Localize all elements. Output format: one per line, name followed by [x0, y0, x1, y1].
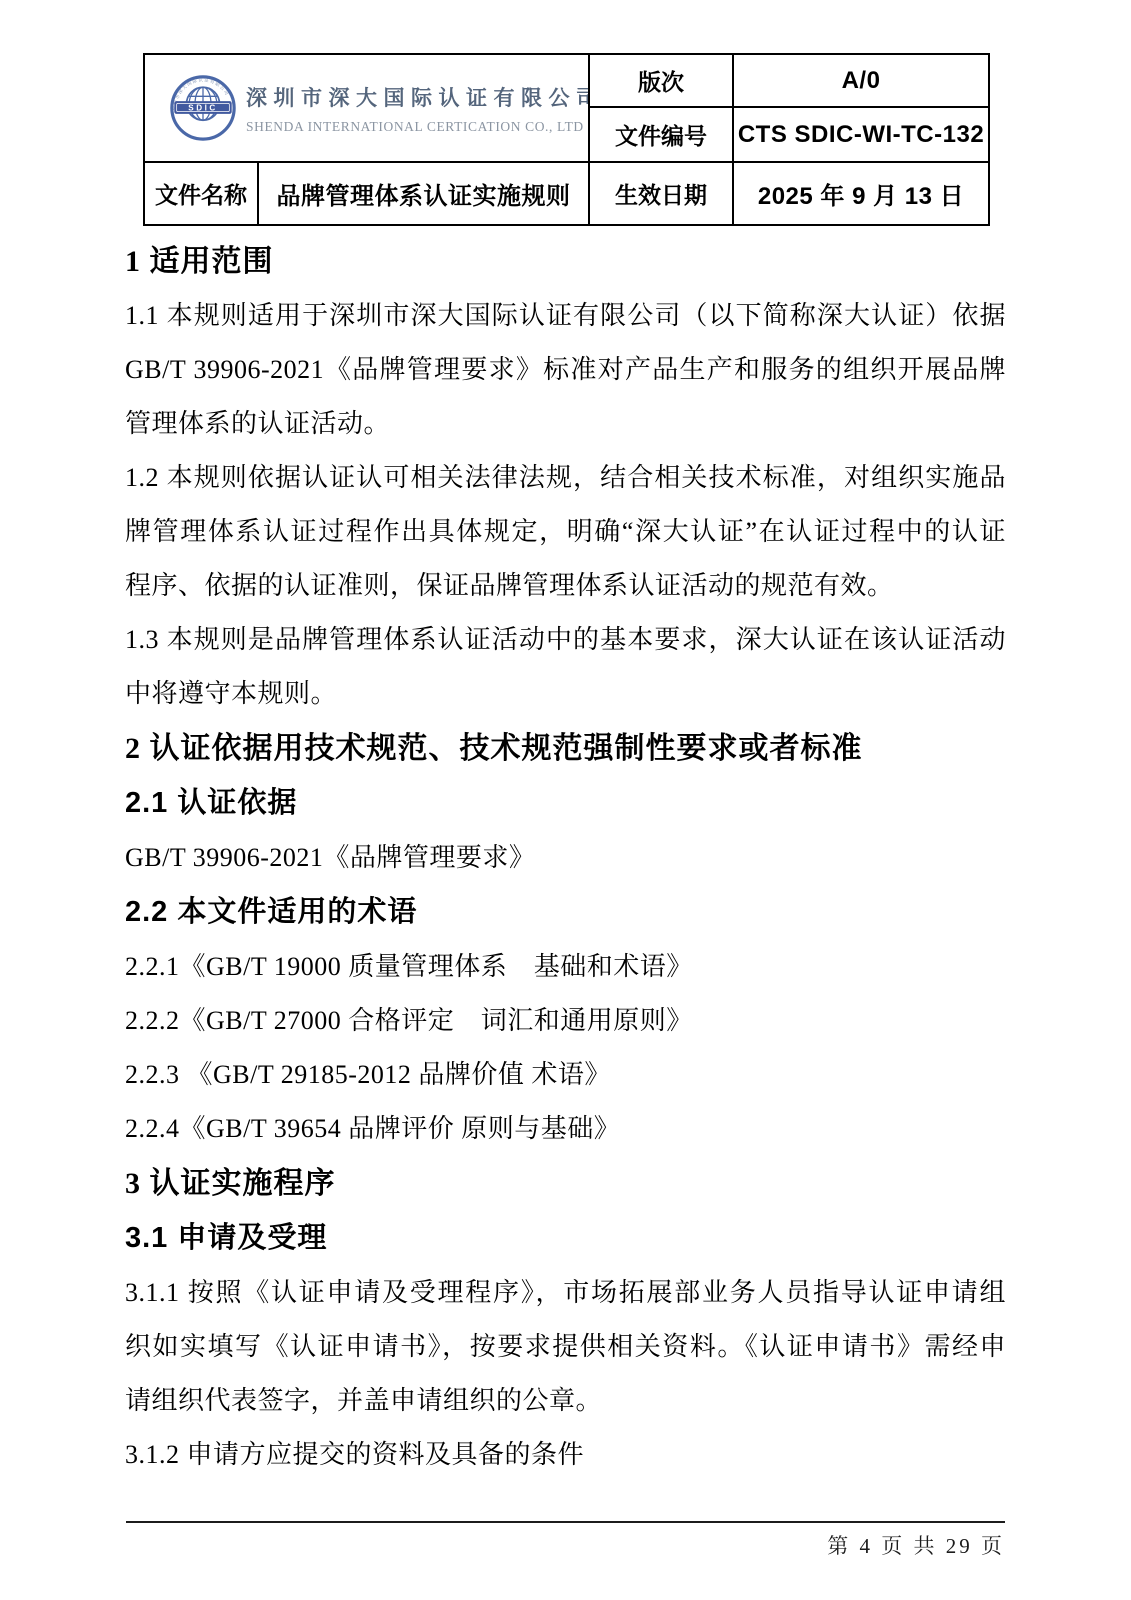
- section-3-1-heading: 3.1 申请及受理: [125, 1211, 1006, 1266]
- section-2-2-heading: 2.2 本文件适用的术语: [125, 885, 1006, 940]
- para-1-3-line-1: 1.3 本规则是品牌管理体系认证活动中的基本要求，深大认证在该认证活动: [125, 613, 1006, 667]
- company-logo-icon: 深圳市深大国际认证有限公司: [169, 74, 237, 142]
- document-header-table: 深圳市深大国际认证有限公司: [143, 53, 990, 226]
- term-item-2-2-2: 2.2.2《GB/T 27000 合格评定 词汇和通用原则》: [125, 994, 1006, 1048]
- doc-name-value: 品牌管理体系认证实施规则: [258, 162, 589, 225]
- section-2-heading: 2 认证依据用技术规范、技术规范强制性要求或者标准: [125, 721, 1006, 776]
- section-1-heading: 1 适用范围: [125, 234, 1006, 289]
- para-1-2-line-2: 牌管理体系认证过程作出具体规定，明确“深大认证”在认证过程中的认证: [125, 505, 1006, 559]
- term-item-2-2-4: 2.2.4《GB/T 39654 品牌评价 原则与基础》: [125, 1102, 1006, 1156]
- company-name-cn: 深圳市深大国际认证有限公司: [246, 82, 589, 112]
- page-number: 第 4 页 共 29 页: [827, 1530, 1005, 1560]
- para-3-1-1-line-2: 织如实填写《认证申请书》，按要求提供相关资料。《认证申请书》需经申: [125, 1320, 1006, 1374]
- para-3-1-1-line-1: 3.1.1 按照《认证申请及受理程序》，市场拓展部业务人员指导认证申请组: [125, 1266, 1006, 1320]
- para-2-1-line-1: GB/T 39906-2021《品牌管理要求》: [125, 831, 1006, 885]
- document-page: 深圳市深大国际认证有限公司: [0, 0, 1131, 1600]
- section-3-heading: 3 认证实施程序: [125, 1156, 1006, 1211]
- doc-number-value: CTS SDIC-WI-TC-132: [733, 107, 989, 162]
- company-identity: 深圳市深大国际认证有限公司: [145, 74, 588, 142]
- para-1-3-line-2: 中将遵守本规则。: [125, 667, 1006, 721]
- para-3-1-1-line-3: 请组织代表签字，并盖申请组织的公章。: [125, 1374, 1006, 1428]
- effective-date-label: 生效日期: [589, 162, 733, 225]
- para-1-1-line-3: 管理体系的认证活动。: [125, 397, 1006, 451]
- doc-number-label: 文件编号: [589, 107, 733, 162]
- para-1-2-line-3: 程序、依据的认证准则，保证品牌管理体系认证活动的规范有效。: [125, 559, 1006, 613]
- version-value: A/0: [733, 54, 989, 107]
- document-body: 1 适用范围 1.1 本规则适用于深圳市深大国际认证有限公司（以下简称深大认证）…: [125, 234, 1006, 1482]
- effective-date-value: 2025 年 9 月 13 日: [733, 162, 989, 225]
- version-label: 版次: [589, 54, 733, 107]
- doc-name-label: 文件名称: [144, 162, 258, 225]
- term-item-2-2-1: 2.2.1《GB/T 19000 质量管理体系 基础和术语》: [125, 940, 1006, 994]
- section-2-1-heading: 2.1 认证依据: [125, 776, 1006, 831]
- company-name-en: SHENDA INTERNATIONAL CERTICATION CO., LT…: [246, 119, 589, 135]
- logo-sdic-text: SDIC: [188, 104, 217, 113]
- para-1-1-line-2: GB/T 39906-2021《品牌管理要求》标准对产品生产和服务的组织开展品牌: [125, 343, 1006, 397]
- term-item-2-2-3: 2.2.3 《GB/T 29185-2012 品牌价值 术语》: [125, 1048, 1006, 1102]
- para-1-2-line-1: 1.2 本规则依据认证认可相关法律法规，结合相关技术标准，对组织实施品: [125, 451, 1006, 505]
- logo-cell: 深圳市深大国际认证有限公司: [144, 54, 589, 162]
- company-names: 深圳市深大国际认证有限公司 SHENDA INTERNATIONAL CERTI…: [246, 82, 589, 135]
- para-3-1-2-line-1: 3.1.2 申请方应提交的资料及具备的条件: [125, 1428, 1006, 1482]
- para-1-1-line-1: 1.1 本规则适用于深圳市深大国际认证有限公司（以下简称深大认证）依据: [125, 289, 1006, 343]
- footer-divider: [126, 1521, 1005, 1523]
